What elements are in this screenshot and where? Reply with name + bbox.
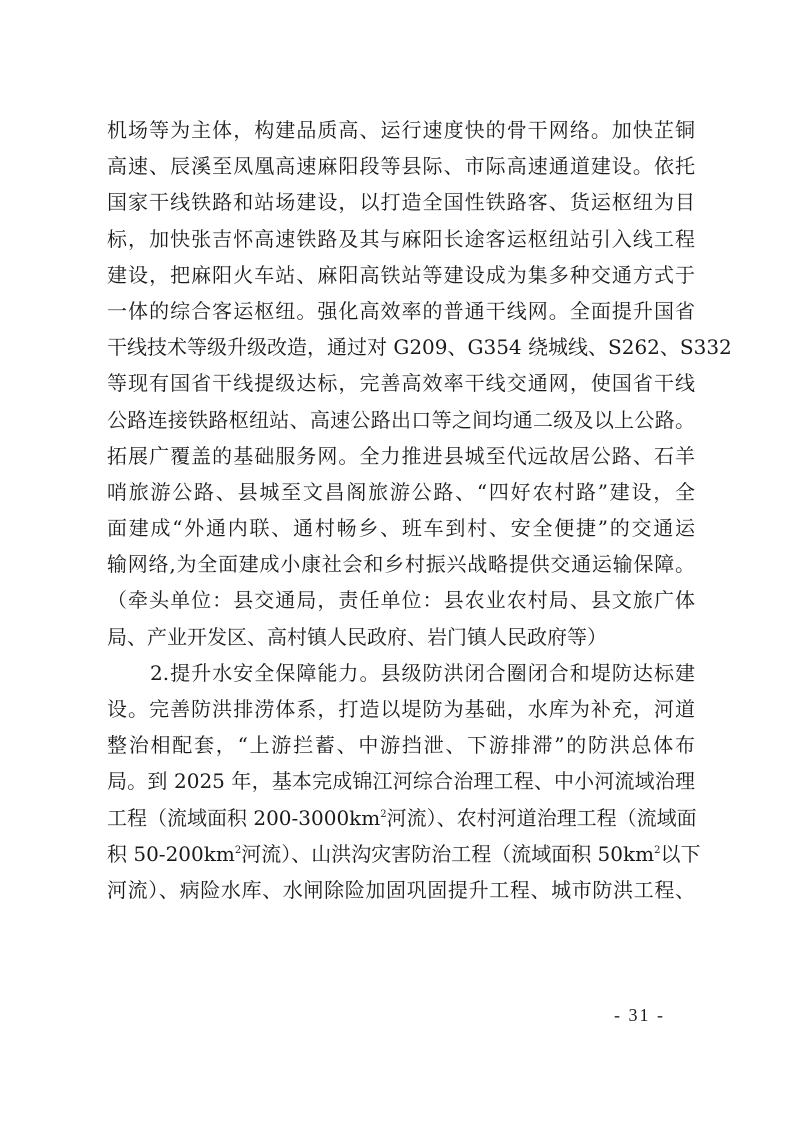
text-line: 整治相配套，“上游拦蓄、中游挡泄、下游排滞”的防洪总体布 [107, 727, 695, 763]
text-line: 拓展广覆盖的基础服务网。全力推进县城至代远故居公路、石羊 [107, 438, 695, 474]
text-line: 输网络,为全面建成小康社会和乡村振兴战略提供交通运输保障。 [107, 546, 695, 582]
text-fragment: 工程（流域面积 200-3000km [107, 806, 380, 830]
text-line: 哨旅游公路、县城至文昌阁旅游公路、“四好农村路”建设，全 [107, 474, 695, 510]
text-line: 设。完善防洪排涝体系，打造以堤防为基础，水库为补充，河道 [107, 691, 695, 727]
text-line: 面建成“外通内联、通村畅乡、班车到村、安全便捷”的交通运 [107, 510, 695, 546]
section-heading-line: 2.提升水安全保障能力。县级防洪闭合圈闭合和堤防达标建 [107, 655, 695, 691]
paragraph-transport-network: 机场等为主体，构建品质高、运行速度快的骨干网络。加快芷铜 高速、辰溪至凤凰高速麻… [107, 112, 695, 655]
text-fragment: 积 50-200km [107, 842, 235, 866]
text-line: 积 50-200km2河流）、山洪沟灾害防治工程（流域面积 50km2以下 [107, 836, 695, 872]
page-number: - 31 - [614, 1005, 665, 1026]
text-line: 干线技术等级升级改造，通过对 G209、G354 绕城线、S262、S332 [107, 329, 695, 365]
paragraph-water-safety: 2.提升水安全保障能力。县级防洪闭合圈闭合和堤防达标建 设。完善防洪排涝体系，打… [107, 655, 695, 908]
text-line: 国家干线铁路和站场建设，以打造全国性铁路客、货运枢纽为目 [107, 184, 695, 220]
text-line: 建设，把麻阳火车站、麻阳高铁站等建设成为集多种交通方式于 [107, 257, 695, 293]
text-line: 高速、辰溪至凤凰高速麻阳段等县际、市际高速通道建设。依托 [107, 148, 695, 184]
text-fragment: 河流）、山洪沟灾害防治工程（流域面积 50km [241, 842, 654, 866]
text-line: 标，加快张吉怀高速铁路及其与麻阳长途客运枢纽站引入线工程 [107, 221, 695, 257]
responsible-units-line: 局、产业开发区、高村镇人民政府、岩门镇人民政府等） [107, 619, 695, 655]
responsible-units-line: （牵头单位：县交通局，责任单位：县农业农村局、县文旅广体 [107, 582, 695, 618]
text-line: 河流）、病险水库、水闸除险加固巩固提升工程、城市防洪工程、 [107, 872, 695, 908]
body-text: 机场等为主体，构建品质高、运行速度快的骨干网络。加快芷铜 高速、辰溪至凤凰高速麻… [107, 112, 695, 908]
text-fragment: 以下 [660, 842, 700, 866]
text-line: 公路连接铁路枢纽站、高速公路出口等之间均通二级及以上公路。 [107, 402, 695, 438]
text-line: 机场等为主体，构建品质高、运行速度快的骨干网络。加快芷铜 [107, 112, 695, 148]
text-line: 工程（流域面积 200-3000km2河流）、农村河道治理工程（流域面 [107, 800, 695, 836]
text-line: 一体的综合客运枢纽。强化高效率的普通干线网。全面提升国省 [107, 293, 695, 329]
text-fragment: 河流）、农村河道治理工程（流域面 [387, 806, 697, 830]
text-line: 等现有国省干线提级达标，完善高效率干线交通网，使国省干线 [107, 365, 695, 401]
text-line: 局。到 2025 年，基本完成锦江河综合治理工程、中小河流域治理 [107, 763, 695, 799]
document-page: 机场等为主体，构建品质高、运行速度快的骨干网络。加快芷铜 高速、辰溪至凤凰高速麻… [0, 0, 793, 1122]
